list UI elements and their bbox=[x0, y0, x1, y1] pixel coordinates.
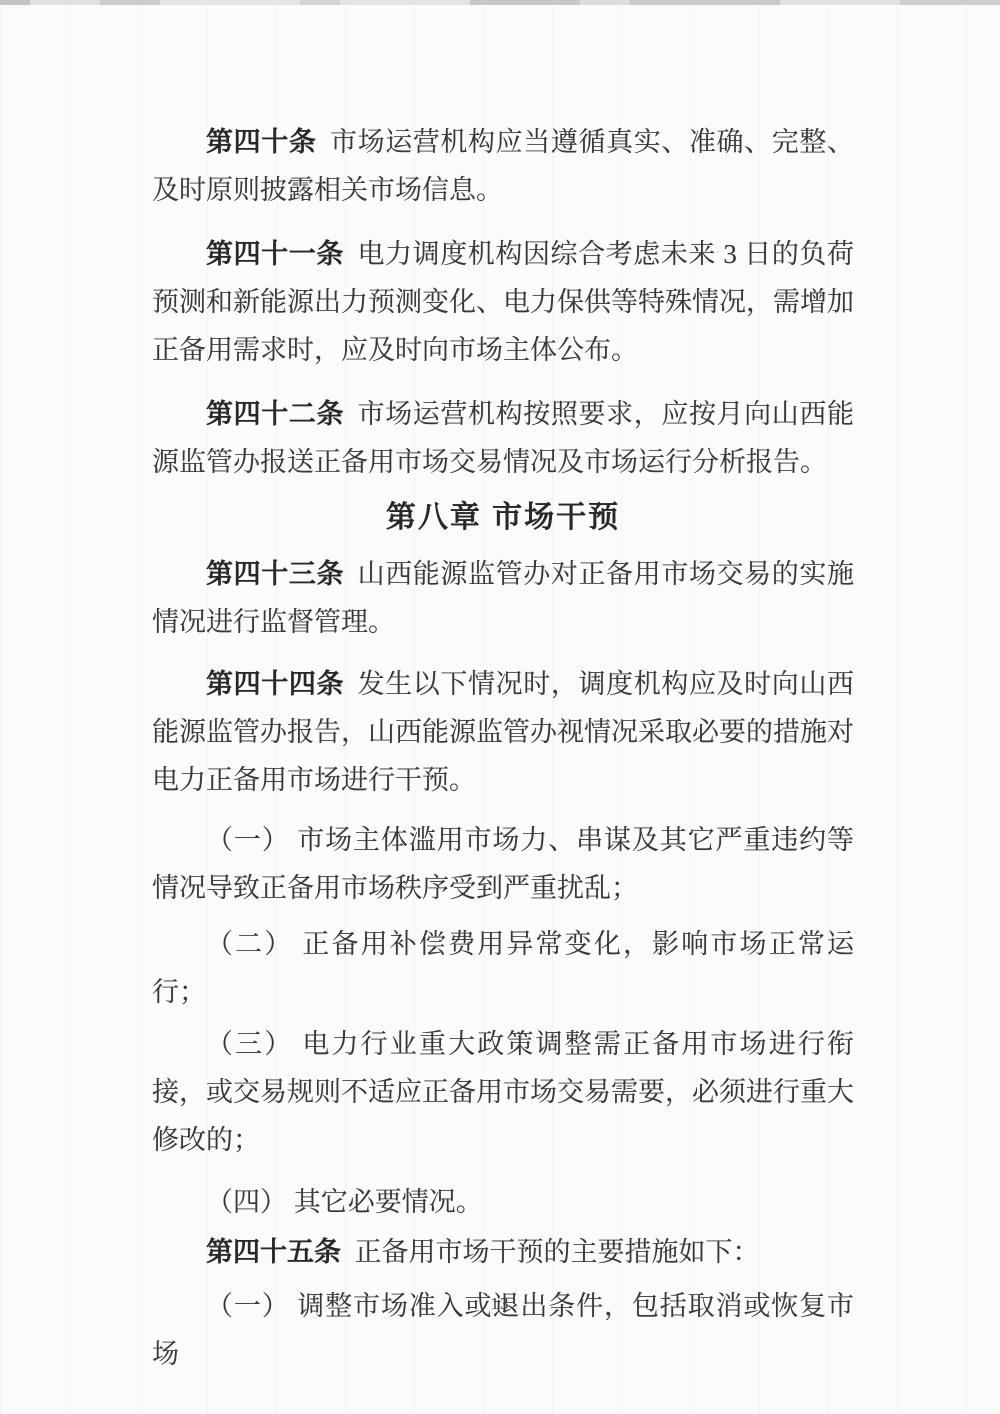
article-44-number: 第四十四条 bbox=[206, 669, 358, 699]
scan-artifact-top-edge bbox=[0, 0, 1000, 5]
list-item-4-paragraph: （四） 其它必要情况。 bbox=[152, 1178, 854, 1226]
document-content: 第四十条市场运营机构应当遵循真实、准确、完整、及时原则披露相关市场信息。 第四十… bbox=[152, 118, 854, 1378]
article-45-text: 正备用市场干预的主要措施如下： bbox=[355, 1237, 760, 1267]
article-43-number: 第四十三条 bbox=[206, 559, 358, 589]
article-40-paragraph: 第四十条市场运营机构应当遵循真实、准确、完整、及时原则披露相关市场信息。 bbox=[152, 118, 854, 214]
article-41-number: 第四十一条 bbox=[206, 239, 357, 269]
article-41-paragraph: 第四十一条电力调度机构因综合考虑未来 3 日的负荷预测和新能源出力预测变化、电力… bbox=[152, 230, 854, 374]
list-item-1-paragraph: （一） 市场主体滥用市场力、串谋及其它严重违约等情况导致正备用市场秩序受到严重扰… bbox=[152, 816, 854, 912]
article-45-paragraph: 第四十五条正备用市场干预的主要措施如下： bbox=[152, 1228, 854, 1276]
article-42-paragraph: 第四十二条市场运营机构按照要求，应按月向山西能源监管办报送正备用市场交易情况及市… bbox=[152, 390, 854, 486]
list-item-3-paragraph: （三） 电力行业重大政策调整需正备用市场进行衔接，或交易规则不适应正备用市场交易… bbox=[152, 1020, 854, 1164]
article-43-paragraph: 第四十三条山西能源监管办对正备用市场交易的实施情况进行监督管理。 bbox=[152, 550, 854, 646]
page-number: 13 bbox=[0, 1294, 1000, 1314]
article-40-number: 第四十条 bbox=[206, 127, 330, 157]
document-page: 第四十条市场运营机构应当遵循真实、准确、完整、及时原则披露相关市场信息。 第四十… bbox=[0, 0, 1000, 1414]
article-45-number: 第四十五条 bbox=[206, 1237, 355, 1267]
article-42-number: 第四十二条 bbox=[206, 399, 358, 429]
chapter-heading: 第八章 市场干预 bbox=[152, 494, 854, 542]
article-44-paragraph: 第四十四条发生以下情况时，调度机构应及时向山西能源监管办报告，山西能源监管办视情… bbox=[152, 660, 854, 804]
list-item-2-paragraph: （二） 正备用补偿费用异常变化，影响市场正常运行； bbox=[152, 920, 854, 1016]
